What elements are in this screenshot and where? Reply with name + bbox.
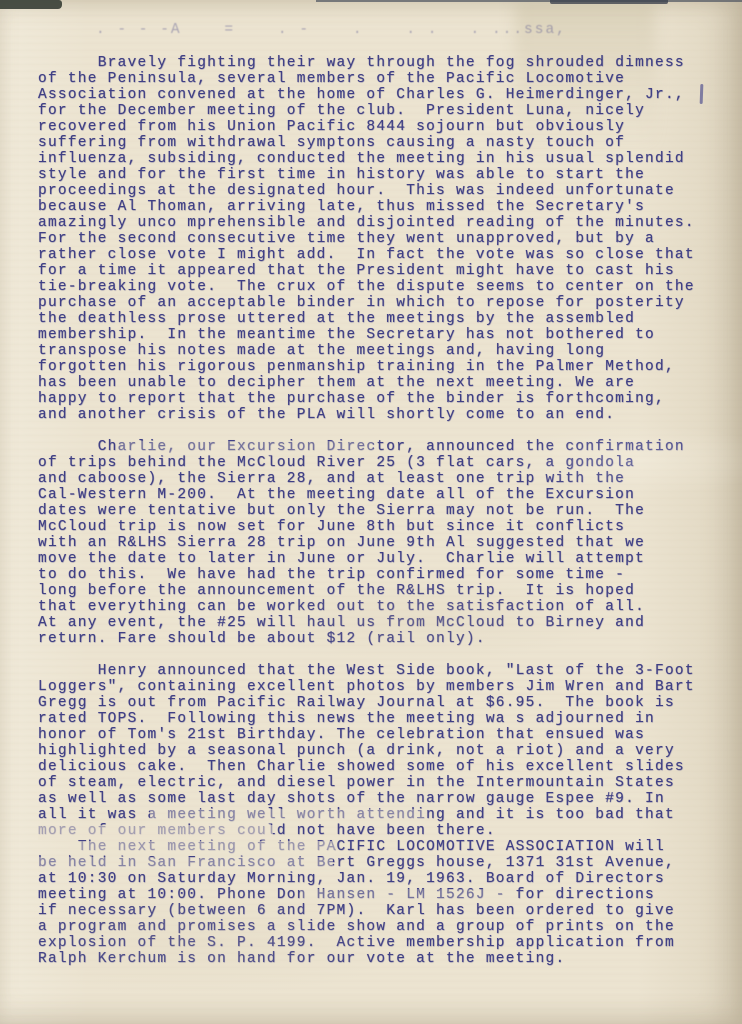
paragraph-opening-meeting-report: Bravely fighting their way through the f… [38,55,710,423]
scan-edge-artifact-dark [550,0,668,4]
paragraph-excursion-report: Charlie, our Excursion Director, announc… [38,439,710,647]
paragraph-next-meeting-notice: The next meeting of the PACIFIC LOCOMOTI… [38,839,710,967]
typewritten-text-block: Bravely fighting their way through the f… [38,55,710,967]
faded-header-line: . - - -A = . - . . . . ...ssa, [96,22,516,38]
scan-edge-artifact-left [0,0,62,9]
scanned-newsletter-page: . - - -A = . - . . . . ...ssa, Bravely f… [0,0,742,1024]
scan-edge-artifact-line [316,0,742,2]
paragraph-book-and-birthday: Henry announced that the West Side book,… [38,663,710,839]
